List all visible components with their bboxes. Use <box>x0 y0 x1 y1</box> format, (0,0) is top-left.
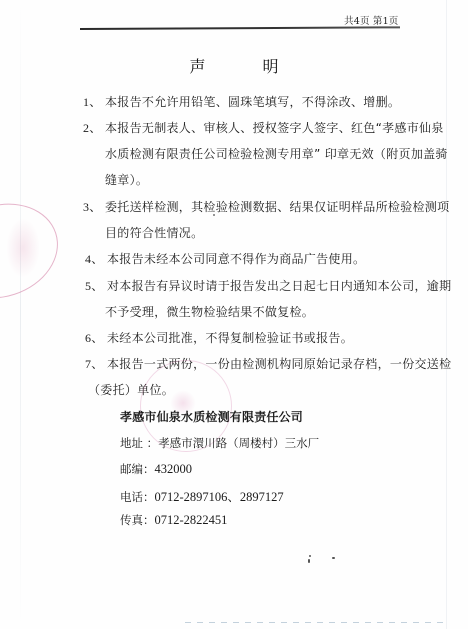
scan-speck <box>213 214 215 216</box>
postcode-label: 邮编： <box>120 462 155 476</box>
company-fax: 传真：0712-2822451 <box>120 512 227 528</box>
item-number: 1、 <box>83 93 105 110</box>
item-text: 未经本公司批准，不得复制检验证书或报告。 <box>107 331 353 345</box>
statement-item-4: 4、本报告未经本公司同意不得作为商品广告使用。 <box>85 250 365 267</box>
statement-item-2: 2、本报告无制表人、审核人、授权签字人签字、红色“孝感市仙泉 <box>83 119 444 136</box>
statement-item-5: 5、对本报告有异议时请于报告发出之日起七日内通知本公司，逾期 <box>85 277 451 294</box>
item-number: 3、 <box>83 198 105 215</box>
fax-value: 0712-2822451 <box>155 513 228 527</box>
page-indicator: 共4页 第1页 <box>344 13 399 27</box>
scan-speck <box>308 559 310 563</box>
statement-item-3: 3、委托送样检测，其检验检测数据、结果仅证明样品所检验检测项 <box>83 198 449 215</box>
address-value: 孝感市澴川路（周楼村）三水厂 <box>158 436 319 450</box>
phone-value: 0712-2897106、2897127 <box>155 490 284 504</box>
statement-item-1: 1、本报告不允许用铅笔、圆珠笔填写，不得涂改、增删。 <box>83 93 400 110</box>
company-address: 地址 ：孝感市澴川路（周楼村）三水厂 <box>120 435 319 451</box>
item-text: 本报告不允许用铅笔、圆珠笔填写，不得涂改、增删。 <box>105 95 400 109</box>
scan-edge-noise <box>185 622 445 623</box>
red-seal-stamp-inner <box>6 218 40 278</box>
item-text: 本报告无制表人、审核人、授权签字人签字、红色“孝感市仙泉 <box>105 121 444 135</box>
statement-item-2-cont: 水质检测有限责任公司检验检测专用章” 印章无效（附页加盖骑 <box>105 145 448 162</box>
item-number: 7、 <box>85 355 107 372</box>
statement-item-5-cont: 不予受理，微生物检验结果不做复检。 <box>105 303 314 320</box>
postcode-value: 432000 <box>155 462 193 476</box>
item-number: 2、 <box>83 119 105 136</box>
header-divider <box>80 26 400 29</box>
page-edge-shadow <box>20 0 21 629</box>
statement-item-2-cont: 缝章）。 <box>105 171 148 188</box>
item-number: 4、 <box>85 250 107 267</box>
page-title: 声 明 <box>0 54 468 77</box>
item-text: 对本报告有异议时请于报告发出之日起七日内通知本公司，逾期 <box>107 279 451 293</box>
phone-label: 电话： <box>120 490 155 504</box>
statement-item-6: 6、未经本公司批准，不得复制检验证书或报告。 <box>85 329 353 346</box>
company-phone: 电话：0712-2897106、2897127 <box>120 487 284 505</box>
scan-speck <box>332 557 335 559</box>
company-postcode: 邮编：432000 <box>120 461 192 477</box>
item-text: 委托送样检测，其检验检测数据、结果仅证明样品所检验检测项 <box>105 200 449 214</box>
document-page: 共4页 第1页 声 明 1、本报告不允许用铅笔、圆珠笔填写，不得涂改、增删。 2… <box>0 0 468 629</box>
item-number: 5、 <box>85 277 107 294</box>
address-label: 地址 ： <box>120 436 158 450</box>
scan-specks <box>305 555 345 569</box>
statement-item-3-cont: 目的符合性情况。 <box>105 224 203 241</box>
item-number: 6、 <box>85 329 107 346</box>
item-text: 本报告未经本公司同意不得作为商品广告使用。 <box>107 252 365 266</box>
statement-item-7: 7、本报告一式两份，一份由检测机构同原始记录存档，一份交送检 <box>85 355 451 372</box>
page-edge-shadow <box>446 0 447 629</box>
fax-label: 传真： <box>120 513 155 527</box>
scan-speck <box>309 555 311 557</box>
company-name: 孝感市仙泉水质检测有限责任公司 <box>120 408 303 425</box>
